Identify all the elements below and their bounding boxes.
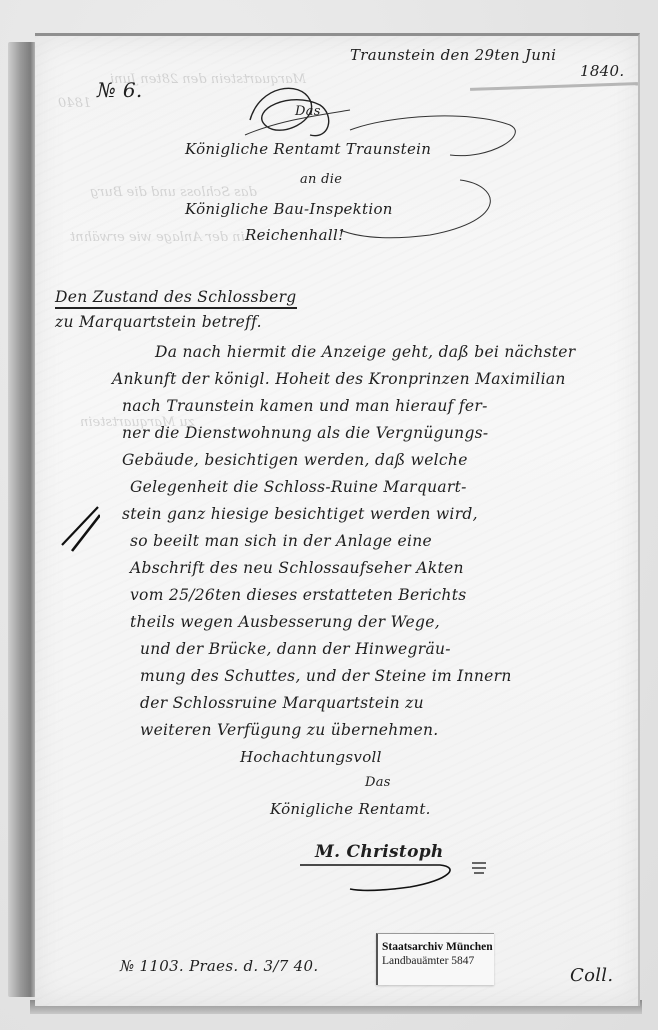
address-from-prefix: Das — [295, 104, 321, 119]
body-line: Ankunft der königl. Hoheit des Kronprinz… — [112, 370, 566, 388]
address-to-place: Reichenhall! — [245, 226, 344, 244]
subject-line-1: Den Zustand des Schlossberg — [55, 288, 297, 309]
archive-label: Staatsarchiv München Landbauämter 5847 — [376, 933, 494, 985]
body-line: und der Brücke, dann der Hinwegräu- — [140, 640, 451, 658]
archive-collection: Landbauämter 5847 — [382, 954, 494, 968]
year: 1840. — [580, 62, 624, 80]
body-line: mung des Schuttes, und der Steine im Inn… — [140, 667, 512, 685]
registry-note: № 1103. Praes. d. 3/7 40. — [120, 957, 318, 975]
signature: M. Christoph — [315, 842, 444, 862]
page-edge-shadow-left — [8, 42, 36, 997]
margin-pen-mark — [60, 505, 100, 555]
place-date: Traunstein den 29ten Juni — [350, 46, 556, 64]
bleed-through-text: das Schloss und die Burg — [90, 185, 257, 200]
body-line: der Schlossruine Marquartstein zu — [140, 694, 424, 712]
coll-note: Coll. — [570, 965, 613, 986]
address-to: Königliche Bau-Inspektion — [185, 200, 393, 218]
body-line: Da nach hiermit die Anzeige geht, daß be… — [155, 343, 575, 361]
body-line: stein ganz hiesige besichtiget werden wi… — [122, 505, 478, 523]
closing-article: Das — [365, 775, 391, 790]
body-line: Gebäude, besichtigen werden, daß welche — [122, 451, 468, 469]
body-line: vom 25/26ten dieses erstatteten Berichts — [130, 586, 466, 604]
body-line: theils wegen Ausbesserung der Wege, — [130, 613, 440, 631]
body-line: nach Traunstein kamen und man hierauf fe… — [122, 397, 488, 415]
closing-salutation: Hochachtungsvoll — [240, 748, 382, 766]
folio-number: № 6. — [97, 78, 143, 102]
body-line: weiteren Verfügung zu übernehmen. — [140, 721, 438, 739]
address-from: Königliche Rentamt Traunstein — [185, 140, 431, 158]
body-line: Abschrift des neu Schlossaufseher Akten — [130, 559, 464, 577]
address-to-prefix: an die — [300, 172, 342, 187]
body-line: ner die Dienstwohnung als die Vergnügung… — [122, 424, 488, 442]
body-line: so beeilt man sich in der Anlage eine — [130, 532, 432, 550]
subject-line-2: zu Marquartstein betreff. — [55, 313, 262, 331]
closing-office: Königliche Rentamt. — [270, 800, 431, 818]
bleed-through-text: in der Anlage wie erwähnt — [70, 230, 245, 245]
body-line: Gelegenheit die Schloss-Ruine Marquart- — [130, 478, 467, 496]
archive-institution: Staatsarchiv München — [382, 940, 494, 954]
bleed-through-text: 1840 — [58, 96, 91, 111]
